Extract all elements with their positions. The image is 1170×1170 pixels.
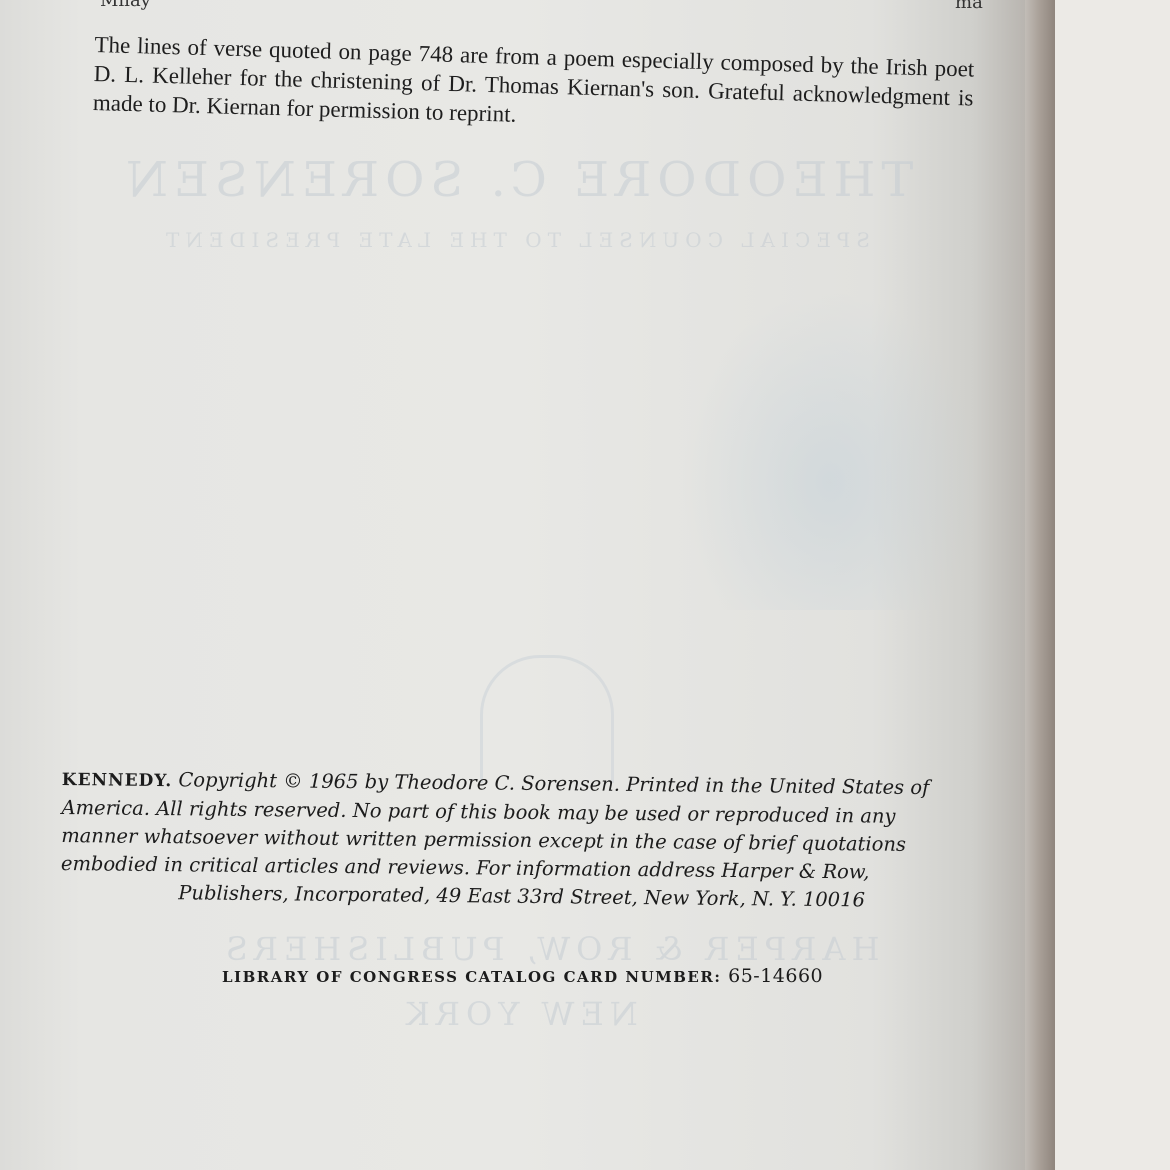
copyright-block: KENNEDY. Copyright © 1965 by Theodore C.… xyxy=(61,765,984,916)
bleed-through-subtitle: SPECIAL COUNSEL TO THE LATE PRESIDENT xyxy=(160,228,870,252)
book-page-right-edge xyxy=(1055,0,1170,1170)
bleed-through-title: THEODORE C. SORENSEN xyxy=(120,152,913,208)
book-page-left: THEODORE C. SORENSEN SPECIAL COUNSEL TO … xyxy=(0,0,1025,1170)
bleed-through-emblem-icon xyxy=(480,655,614,783)
cut-off-text-left: Milay xyxy=(100,0,151,11)
acknowledgment-text: The lines of verse quoted on page 748 ar… xyxy=(93,30,975,142)
acknowledgment-note: The lines of verse quoted on page 748 ar… xyxy=(93,30,975,142)
book-gutter xyxy=(1025,0,1055,1170)
lccn-label: LIBRARY OF CONGRESS CATALOG CARD NUMBER: xyxy=(222,968,721,986)
lccn-line: LIBRARY OF CONGRESS CATALOG CARD NUMBER:… xyxy=(222,965,823,987)
lccn-number: 65-14660 xyxy=(728,965,823,987)
bleed-through-illustration xyxy=(680,290,980,610)
cut-off-text-right: ma xyxy=(955,0,983,13)
bleed-through-city: NEW YORK xyxy=(400,995,638,1033)
book-title-word: KENNEDY. xyxy=(62,770,173,791)
bleed-through-publisher: HARPER & ROW, PUBLISHERS xyxy=(220,930,879,968)
